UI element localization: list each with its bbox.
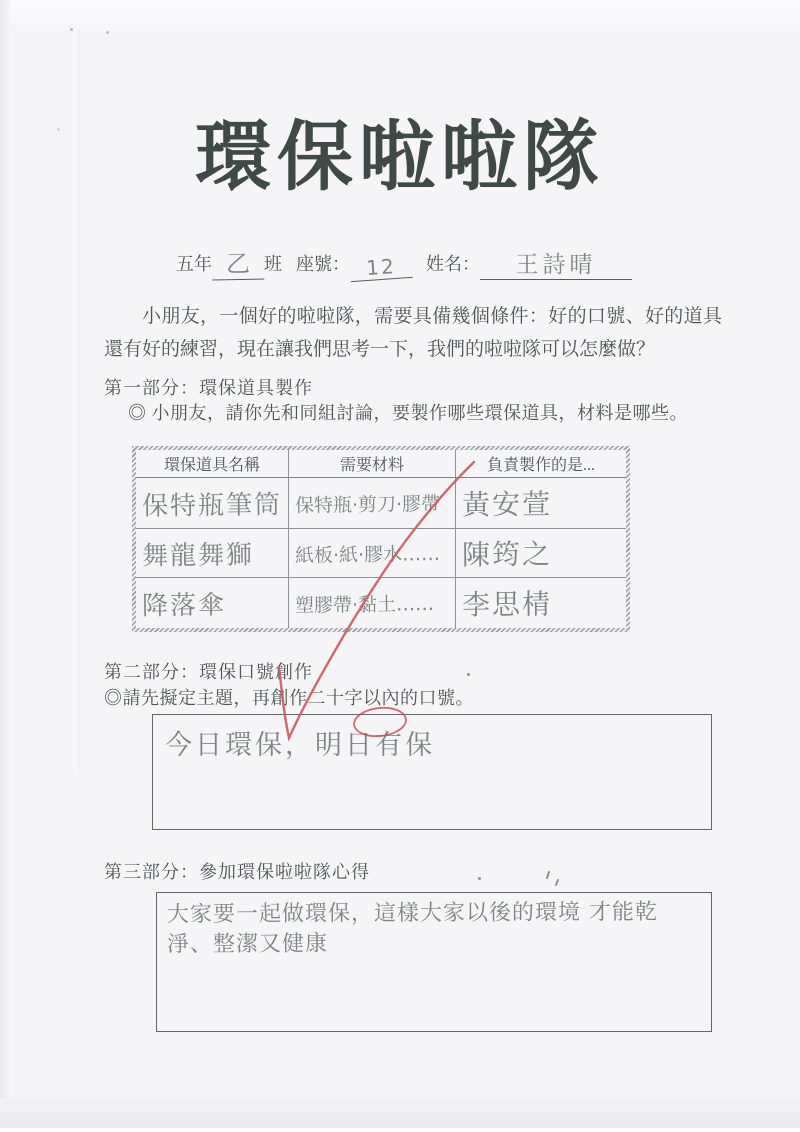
table-header-prop-name: 環保道具名稱	[136, 450, 289, 478]
part2-instruction: ◎請先擬定主題，再創作二十字以內的口號。	[104, 684, 474, 710]
pencil-dash	[546, 871, 550, 879]
handwritten-prop-3: 降落傘	[142, 584, 226, 622]
handwritten-reflection-line1: 大家要一起做環保，這樣大家以後的環境 才能乾	[167, 898, 701, 931]
table-row-cell: 黃安萱	[456, 478, 626, 529]
table-row-cell: 李思棈	[456, 578, 626, 628]
scan-speck	[70, 28, 73, 31]
table-row-cell: 陳筠之	[456, 529, 626, 578]
handwritten-slogan: 今日環保，明日有保	[165, 730, 435, 761]
props-table-grid: 環保道具名稱 需要材料 負責製作的是... 保特瓶筆筒 保特瓶·剪刀·膠帶 黃安…	[136, 450, 626, 628]
handwritten-prop-1: 保特瓶筆筒	[142, 484, 282, 522]
part1-heading: 第一部分：環保道具製作	[104, 374, 313, 400]
handwritten-reflection-line2: 淨、整潔又健康	[167, 928, 701, 961]
props-table: 環保道具名稱 需要材料 負責製作的是... 保特瓶筆筒 保特瓶·剪刀·膠帶 黃安…	[132, 446, 630, 632]
scan-top-edge	[0, 0, 800, 30]
reflection-answer-box: 大家要一起做環保，這樣大家以後的環境 才能乾 淨、整潔又健康	[156, 892, 712, 1032]
student-info-line: 五年 乙 班 座號： 12 姓名： 王詩晴	[176, 240, 656, 280]
table-header-materials: 需要材料	[289, 450, 456, 478]
part1-instruction: ◎ 小朋友，請你先和同組討論，要製作哪些環保道具，材料是哪些。	[128, 399, 688, 425]
scan-bottom-strip	[0, 1128, 800, 1132]
worksheet-title: 環保啦啦隊	[0, 96, 800, 205]
handwritten-prop-2: 舞龍舞獅	[142, 534, 254, 572]
slogan-answer-box: 今日環保，明日有保	[152, 714, 712, 830]
pencil-dot	[478, 877, 481, 880]
handwritten-maker-1: 黃安萱	[462, 483, 552, 524]
handwritten-materials-1: 保特瓶·剪刀·膠帶	[295, 488, 440, 517]
table-row-cell: 降落傘	[136, 578, 289, 628]
seat-label: 座號：	[296, 250, 350, 280]
class-label: 班	[264, 250, 282, 280]
part2-heading: 第二部分：環保口號創作	[104, 658, 313, 684]
name-label: 姓名：	[426, 250, 480, 280]
part3-heading: 第三部分：參加環保啦啦隊心得	[104, 858, 370, 884]
intro-paragraph: 小朋友，一個好的啦啦隊，需要具備幾個條件：好的口號、好的道具還有好的練習，現在讓…	[104, 300, 722, 366]
handwritten-maker-2: 陳筠之	[462, 533, 552, 574]
pencil-dash	[555, 879, 559, 886]
table-row-cell: 紙板·紙·膠水……	[289, 529, 456, 578]
handwritten-maker-3: 李思棈	[462, 583, 552, 624]
handwritten-materials-3: 塑膠帶·黏土……	[295, 589, 434, 618]
grade-label: 五年	[176, 250, 212, 280]
seat-blank-handwritten: 12	[349, 253, 413, 282]
table-row-cell: 舞龍舞獅	[136, 529, 289, 578]
table-row-cell: 保特瓶·剪刀·膠帶	[289, 478, 456, 529]
pencil-dot	[467, 673, 470, 676]
name-blank-handwritten: 王詩晴	[480, 246, 632, 280]
scan-speck	[106, 31, 109, 34]
table-header-maker: 負責製作的是...	[456, 450, 626, 478]
class-blank-handwritten: 乙	[212, 244, 265, 281]
table-row-cell: 塑膠帶·黏土……	[289, 578, 456, 628]
handwritten-materials-2: 紙板·紙·膠水……	[295, 538, 440, 567]
table-row-cell: 保特瓶筆筒	[136, 478, 289, 529]
scan-bottom-band	[0, 1098, 800, 1128]
